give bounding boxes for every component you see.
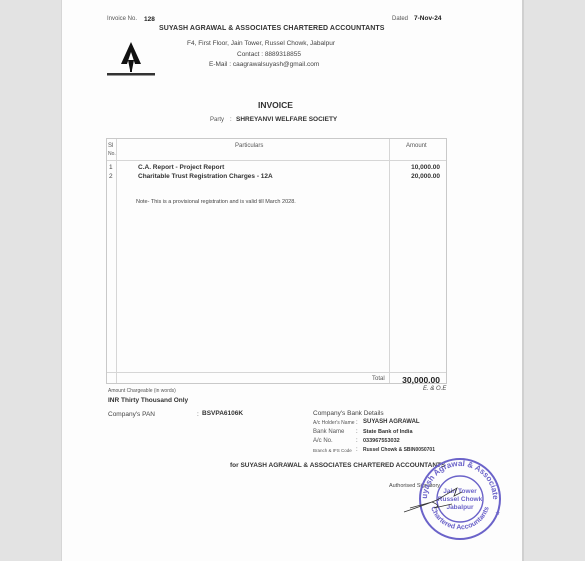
arrow-logo-icon — [106, 40, 156, 80]
row-2-sl: 2 — [109, 173, 113, 180]
pan-label: Company's PAN — [108, 411, 155, 418]
amount-in-words: INR Thirty Thousand Only — [108, 397, 188, 404]
svg-text:★: ★ — [495, 510, 500, 517]
col-divider — [389, 139, 390, 383]
party-label: Party — [210, 117, 224, 123]
row-1-amount: 10,000.00 — [411, 164, 440, 171]
header-sl: Sl — [108, 143, 113, 149]
header-particulars: Particulars — [235, 143, 263, 149]
signature-scribble-icon — [402, 478, 472, 518]
firm-address: F4, First Floor, Jain Tower, Russel Chow… — [187, 40, 335, 47]
firm-contact: Contact : 8889318855 — [237, 51, 301, 58]
row-1-particulars: C.A. Report - Project Report — [138, 164, 224, 171]
firm-name: SUYASH AGRAWAL & ASSOCIATES CHARTERED AC… — [159, 25, 385, 32]
holder-value: SUYASH AGRAWAL — [363, 419, 420, 425]
col-divider — [116, 139, 117, 383]
holder-label: A/c Holder's Name — [313, 420, 355, 426]
row-2-particulars: Charitable Trust Registration Charges - … — [138, 173, 273, 180]
row-1-sl: 1 — [109, 164, 113, 171]
eoe-text: E. & O.E — [423, 386, 446, 392]
header-divider — [107, 160, 446, 161]
invoice-date: 7-Nov-24 — [414, 15, 441, 22]
acno-value: 033967553032 — [363, 438, 400, 444]
invoice-items-table: Sl No. Particulars Amount 1 C.A. Report … — [106, 138, 447, 384]
invoice-number: 128 — [144, 16, 155, 23]
note-text: Note- This is a provisional registration… — [136, 199, 296, 205]
pan-separator: : — [197, 411, 199, 418]
bank-details-title: Company's Bank Details — [313, 410, 384, 417]
branch-separator: : — [356, 447, 358, 453]
invoice-title: INVOICE — [258, 100, 293, 110]
invoice-number-label: Invoice No. — [107, 16, 137, 22]
invoice-page: Invoice No. 128 Dated 7-Nov-24 SUYASH AG… — [61, 0, 524, 561]
total-value: 30,000.00 — [402, 375, 440, 385]
bank-name-value: State Bank of India — [363, 429, 413, 435]
firm-logo — [106, 40, 156, 80]
header-sl-no: No. — [108, 151, 116, 157]
for-firm-text: for SUYASH AGRAWAL & ASSOCIATES CHARTERE… — [230, 462, 445, 469]
header-amount: Amount — [406, 143, 427, 149]
branch-label: Branch & IFS Code — [313, 448, 352, 453]
acno-separator: : — [356, 438, 358, 444]
party-separator: : — [230, 117, 232, 123]
total-divider — [107, 372, 446, 373]
total-label: Total — [372, 376, 385, 382]
firm-email: E-Mail : caagrawalsuyash@gmail.com — [209, 61, 319, 68]
branch-value: Russel Chowk & SBIN0050701 — [363, 447, 435, 453]
bank-name-label: Bank Name — [313, 429, 344, 435]
date-label: Dated — [392, 16, 408, 22]
amount-words-label: Amount Chargeable (in words) — [108, 388, 176, 394]
row-2-amount: 20,000.00 — [411, 173, 440, 180]
party-name: SHREYANVI WELFARE SOCIETY — [236, 116, 337, 123]
holder-separator: : — [356, 420, 358, 426]
acno-label: A/c No. — [313, 438, 333, 444]
pan-value: BSVPA6106K — [202, 410, 243, 417]
bank-name-separator: : — [356, 429, 358, 435]
